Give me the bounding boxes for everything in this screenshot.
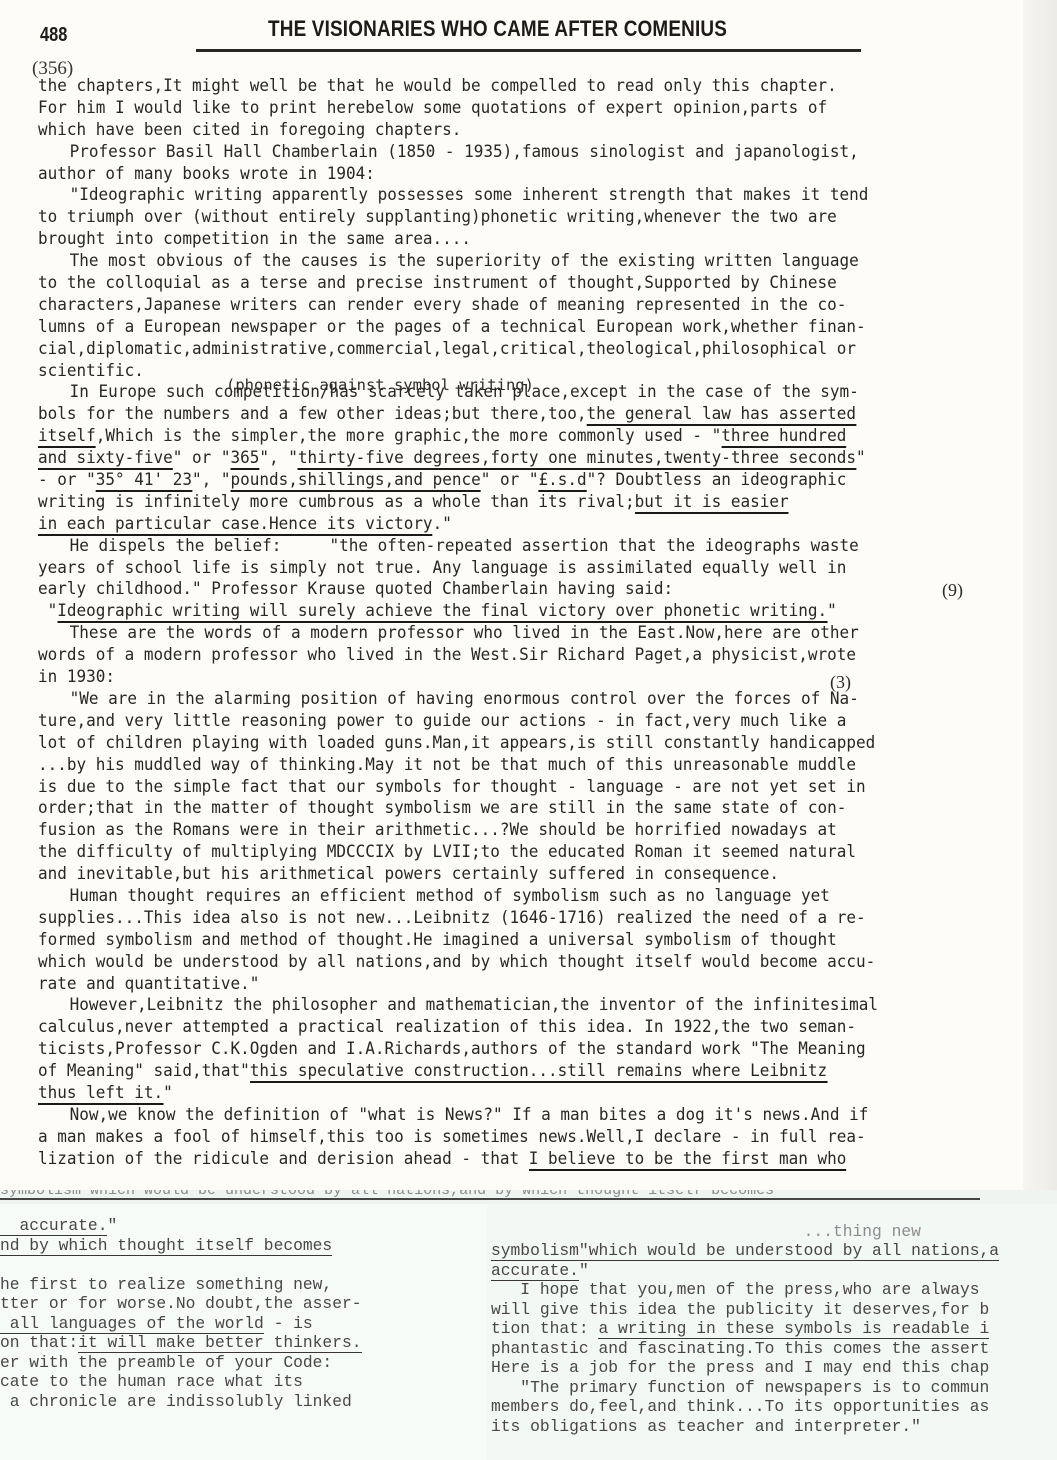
text-run: on that: <box>0 1333 78 1352</box>
text-run: characters,Japanese writers can render e… <box>38 295 846 315</box>
text-run: He dispels the belief: "the often-repeat… <box>70 536 859 556</box>
body-line: the difficulty of multiplying MDCCCIX by… <box>38 842 959 864</box>
body-line: is due to the simple fact that our symbo… <box>38 777 959 799</box>
body-line: He dispels the belief: "the often-repeat… <box>38 536 959 558</box>
text-run: the difficulty of multiplying MDCCCIX by… <box>38 842 856 862</box>
text-run: bols for the numbers and a few other ide… <box>38 404 587 424</box>
underlined-text: accurate. <box>0 1216 107 1236</box>
underlined-text: £.s.d <box>538 470 586 492</box>
text-run: scientific. <box>38 361 144 381</box>
text-run: "? Doubtless an ideographic <box>587 470 847 490</box>
text-run: ...thing new <box>491 1222 921 1241</box>
footnote-ref-paget: (3) <box>830 672 851 693</box>
text-run: brought into competition in the same are… <box>38 229 471 249</box>
underlined-text: 35° 41' 23 <box>96 470 192 492</box>
text-run: ...by his muddled way of thinking.May it… <box>38 755 856 775</box>
text-run: early childhood." Professor Krause quote… <box>38 579 673 599</box>
body-line: "We are in the alarming position of havi… <box>38 689 959 711</box>
text-run: writing is infinitely more cumbrous as a… <box>38 492 635 512</box>
body-line: supplies...This idea also is not new...L… <box>38 908 959 930</box>
body-line: brought into competition in the same are… <box>38 229 959 251</box>
overlay-left-line <box>0 1255 362 1275</box>
text-run: of Meaning" said,that" <box>38 1061 250 1081</box>
overlay-left-line: accurate." <box>0 1216 362 1236</box>
text-run: ." <box>433 514 452 534</box>
body-line: which have been cited in foregoing chapt… <box>38 120 959 142</box>
text-run: cial,diplomatic,administrative,commercia… <box>38 339 856 359</box>
overlay-left-line: all languages of the world - is <box>0 1314 362 1334</box>
text-run: " or " <box>481 470 539 490</box>
page-header: 488 THE VISIONARIES WHO CAME AFTER COMEN… <box>0 14 1057 48</box>
text-run: fusion as the Romans were in their arith… <box>38 820 837 840</box>
body-line: Human thought requires an efficient meth… <box>38 886 959 908</box>
page-edge-shadow <box>1023 0 1057 1190</box>
underlined-text: thus left it. <box>38 1083 163 1105</box>
text-run: ,Which is the simpler,the more graphic,t… <box>96 426 722 446</box>
overlay-left-line: nd by which thought itself becomes <box>0 1236 362 1256</box>
text-run: " <box>856 448 866 468</box>
text-run: lot of children playing with loaded guns… <box>38 733 875 753</box>
overlay-right-line: I hope that you,men of the press,who are… <box>491 1280 999 1300</box>
text-run: ture,and very little reasoning power to … <box>38 711 846 731</box>
body-line: to the colloquial as a terse and precise… <box>38 273 959 295</box>
overlay-fragment-right: ...thing newsymbolism"which would be und… <box>487 1190 1057 1460</box>
underlined-text: accurate. <box>491 1261 579 1281</box>
overlay-right-line: Here is a job for the press and I may en… <box>491 1358 999 1378</box>
body-line: formed symbolism and method of thought.H… <box>38 930 959 952</box>
body-line: in each particular case.Hence its victor… <box>38 514 959 536</box>
text-run: "The primary function of newspapers is t… <box>491 1378 989 1397</box>
text-run: Professor Basil Hall Chamberlain (1850 -… <box>70 142 859 162</box>
body-line: lot of children playing with loaded guns… <box>38 733 959 755</box>
body-line: a man makes a fool of himself,this too i… <box>38 1127 959 1149</box>
text-run: its obligations as teacher and interpret… <box>491 1417 921 1436</box>
text-run: er with the preamble of your Code: <box>0 1353 332 1372</box>
text-run: Now,we know the definition of "what is N… <box>70 1105 869 1125</box>
text-run: which have been cited in foregoing chapt… <box>38 120 461 140</box>
body-line: ...by his muddled way of thinking.May it… <box>38 755 959 777</box>
text-run: a chronicle are indissolubly linked <box>0 1392 352 1411</box>
body-line: order;that in the matter of thought symb… <box>38 798 959 820</box>
underlined-text: a writing in these symbols is readable i <box>598 1319 989 1339</box>
body-line: "Ideographic writing apparently possesse… <box>38 185 959 207</box>
page-number: 488 <box>40 24 67 47</box>
text-run: Human thought requires an efficient meth… <box>70 886 830 906</box>
body-line: itself,Which is the simpler,the more gra… <box>38 426 959 448</box>
body-line: ture,and very little reasoning power to … <box>38 711 959 733</box>
text-run: phantastic and fascinating.To this comes… <box>491 1339 989 1358</box>
underlined-text: this speculative construction...still re… <box>250 1061 827 1083</box>
text-run: ", " <box>259 448 298 468</box>
text-run: years of school life is simply not true.… <box>38 558 846 578</box>
text-run: I hope that you,men of the press,who are… <box>491 1280 980 1299</box>
underlined-text: itself <box>38 426 96 448</box>
body-line: fusion as the Romans were in their arith… <box>38 820 959 842</box>
text-run: These are the words of a modern professo… <box>70 623 859 643</box>
text-run: For him I would like to print herebelow … <box>38 98 827 118</box>
underlined-text: in each particular case.Hence its victor… <box>38 514 433 536</box>
text-run: is due to the simple fact that our symbo… <box>38 777 866 797</box>
text-run: to the colloquial as a terse and precise… <box>38 273 837 293</box>
body-line: of Meaning" said,that"this speculative c… <box>38 1061 959 1083</box>
body-line: These are the words of a modern professo… <box>38 623 959 645</box>
body-line: bols for the numbers and a few other ide… <box>38 404 959 426</box>
text-run: he first to realize something new, <box>0 1275 332 1294</box>
body-line: rate and quantitative." <box>38 974 959 996</box>
interlinear-note: (phonetic against symbol writing) <box>226 376 534 394</box>
underlined-text: it will make better thinkers. <box>78 1333 361 1353</box>
text-run: tter or for worse.No doubt,the asser- <box>0 1294 362 1313</box>
body-line: years of school life is simply not true.… <box>38 558 959 580</box>
overlay-right-line: ...thing new <box>491 1222 999 1242</box>
text-run: tion that: <box>491 1319 598 1338</box>
text-run: The most obvious of the causes is the su… <box>70 251 859 271</box>
text-run: "Ideographic writing apparently possesse… <box>70 185 869 205</box>
body-line: Professor Basil Hall Chamberlain (1850 -… <box>38 142 959 164</box>
text-run: " <box>107 1216 117 1235</box>
body-line: which would be understood by all nations… <box>38 952 959 974</box>
body-line: characters,Japanese writers can render e… <box>38 295 959 317</box>
body-line: and sixty-five" or "365", "thirty-five d… <box>38 448 959 470</box>
text-run: the chapters,It might well be that he wo… <box>38 76 837 96</box>
overlay-left-line: on that:it will make better thinkers. <box>0 1333 362 1353</box>
body-line: to triumph over (without entirely suppla… <box>38 207 959 229</box>
overlay-right-line: phantastic and fascinating.To this comes… <box>491 1339 999 1359</box>
body-line: thus left it." <box>38 1083 959 1105</box>
overlay-left-line: a chronicle are indissolubly linked <box>0 1392 362 1412</box>
body-line: However,Leibnitz the philosopher and mat… <box>38 995 959 1017</box>
title-rule <box>196 49 861 52</box>
body-line: in 1930: <box>38 667 959 689</box>
text-run: - is <box>264 1314 313 1333</box>
body-line: "Ideographic writing will surely achieve… <box>38 601 959 623</box>
text-run: will give this idea the publicity it des… <box>491 1300 989 1319</box>
text-run: supplies...This idea also is not new...L… <box>38 908 866 928</box>
text-run: ticists,Professor C.K.Ogden and I.A.Rich… <box>38 1039 866 1059</box>
underlined-text: three hundred <box>721 426 846 448</box>
footnote-ref-krause: (9) <box>942 580 963 601</box>
text-run: lumns of a European newspaper or the pag… <box>38 317 866 337</box>
text-run: which would be understood by all nations… <box>38 952 875 972</box>
body-text: the chapters,It might well be that he wo… <box>38 76 1028 1171</box>
text-run: " <box>38 601 57 621</box>
body-line: ticists,Professor C.K.Ogden and I.A.Rich… <box>38 1039 959 1061</box>
overlay-right-line: members do,feel,and think...To its oppor… <box>491 1397 999 1417</box>
overlay-right-line: accurate." <box>491 1261 999 1281</box>
overlay-right-line: "The primary function of newspapers is t… <box>491 1378 999 1398</box>
overlay-fragment-left: accurate."nd by which thought itself bec… <box>0 1190 490 1460</box>
underlined-text: 365 <box>230 448 259 470</box>
underlined-text: nd by which thought itself becomes <box>0 1236 332 1256</box>
text-run: in 1930: <box>38 667 115 687</box>
text-run: Here is a job for the press and I may en… <box>491 1358 989 1377</box>
text-run: and inevitable,but his arithmetical powe… <box>38 864 779 884</box>
body-line: writing is infinitely more cumbrous as a… <box>38 492 959 514</box>
body-line: For him I would like to print herebelow … <box>38 98 959 120</box>
overlay-right-line <box>491 1202 999 1222</box>
body-line: early childhood." Professor Krause quote… <box>38 579 959 601</box>
text-run: "We are in the alarming position of havi… <box>70 689 859 709</box>
text-run: to triumph over (without entirely suppla… <box>38 207 837 227</box>
body-line: lumns of a European newspaper or the pag… <box>38 317 959 339</box>
text-run: rate and quantitative." <box>38 974 259 994</box>
text-run: a man makes a fool of himself,this too i… <box>38 1127 866 1147</box>
body-line: calculus,never attempted a practical rea… <box>38 1017 959 1039</box>
body-line: the chapters,It might well be that he wo… <box>38 76 959 98</box>
body-line: - or "35° 41' 23", "pounds,shillings,and… <box>38 470 959 492</box>
underlined-text: the general law has asserted <box>587 404 856 426</box>
underlined-text: thirty-five degrees,forty one minutes,tw… <box>298 448 856 470</box>
underlined-text: symbolism"which would be understood by a… <box>491 1241 999 1261</box>
text-run: author of many books wrote in 1904: <box>38 164 375 184</box>
body-line: author of many books wrote in 1904: <box>38 164 959 186</box>
underlined-text: pounds,shillings,and pence <box>230 470 480 492</box>
body-line: words of a modern professor who lived in… <box>38 645 959 667</box>
overlay-left-line: he first to realize something new, <box>0 1275 362 1295</box>
text-run: members do,feel,and think...To its oppor… <box>491 1397 989 1416</box>
overlay-left-line: tter or for worse.No doubt,the asser- <box>0 1294 362 1314</box>
underlined-text: but it is easier <box>635 492 789 514</box>
overlay-right-line: will give this idea the publicity it des… <box>491 1300 999 1320</box>
overlay-left-line: er with the preamble of your Code: <box>0 1353 362 1373</box>
body-line: The most obvious of the causes is the su… <box>38 251 959 273</box>
text-run: lization of the ridicule and derision ah… <box>38 1149 529 1169</box>
text-run: words of a modern professor who lived in… <box>38 645 856 665</box>
underlined-text: all languages of the world <box>0 1314 264 1334</box>
overlay-right-line: its obligations as teacher and interpret… <box>491 1417 999 1437</box>
body-line: Now,we know the definition of "what is N… <box>38 1105 959 1127</box>
body-line: cial,diplomatic,administrative,commercia… <box>38 339 959 361</box>
underlined-text: Ideographic writing will surely achieve … <box>57 601 827 623</box>
text-run: cate to the human race what its <box>0 1372 303 1391</box>
text-run: formed symbolism and method of thought.H… <box>38 930 837 950</box>
body-line: and inevitable,but his arithmetical powe… <box>38 864 959 886</box>
text-run: ", " <box>192 470 231 490</box>
text-run: However,Leibnitz the philosopher and mat… <box>70 995 878 1015</box>
text-run: " <box>163 1083 173 1103</box>
underlined-text: and sixty-five <box>38 448 173 470</box>
overlay-strip-text: symbolism which would be understood by a… <box>0 1190 980 1200</box>
text-run: - or " <box>38 470 96 490</box>
text-run: calculus,never attempted a practical rea… <box>38 1017 856 1037</box>
running-title: THE VISIONARIES WHO CAME AFTER COMENIUS <box>268 16 727 42</box>
text-run: order;that in the matter of thought symb… <box>38 798 846 818</box>
text-run: " <box>579 1261 589 1280</box>
text-run: " <box>827 601 837 621</box>
underlined-text: I believe to be the first man who <box>529 1149 847 1171</box>
overlay-strip: symbolism which would be understood by a… <box>0 1190 1057 1204</box>
overlay-right-line: symbolism"which would be understood by a… <box>491 1241 999 1261</box>
body-line: lization of the ridicule and derision ah… <box>38 1149 959 1171</box>
overlay-right-line: tion that: a writing in these symbols is… <box>491 1319 999 1339</box>
scanned-page: 488 THE VISIONARIES WHO CAME AFTER COMEN… <box>0 0 1057 1190</box>
text-run: " or " <box>173 448 231 468</box>
overlay-left-line: cate to the human race what its <box>0 1372 362 1392</box>
